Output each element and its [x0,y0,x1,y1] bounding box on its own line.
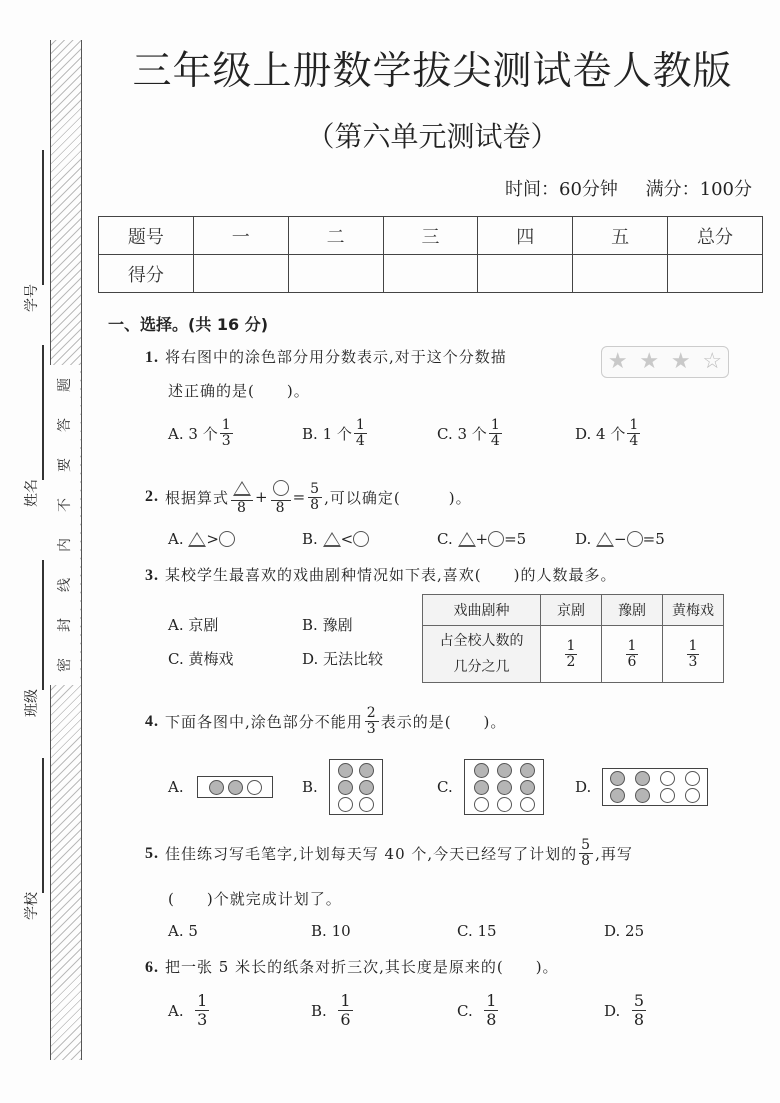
cell-part-2: 二 [288,217,383,255]
cell-score-label: 得分 [99,255,194,293]
q3-option-a[interactable]: A. 京剧 [168,614,218,635]
q3-option-b[interactable]: B. 豫剧 [302,614,353,635]
exam-meta: 时间：60分钟 满分：100分 [483,175,752,201]
seal-text: 题 答 要 不 内 线 封 密 [50,365,80,685]
opera-table: 戏曲剧种 京剧 豫剧 黄梅戏 占全校人数的 几分之几 12 16 13 [422,594,724,683]
score-input-total[interactable] [668,255,763,293]
name-label: 姓名 [23,479,41,507]
triangle-icon [323,532,341,547]
q3-option-c[interactable]: C. 黄梅戏 [168,648,234,669]
question-4: 4. 下面各图中,涂色部分不能用 23 表示的是( )。 [145,706,506,737]
school-label: 学校 [23,892,41,920]
seal-char: 答 [45,418,85,432]
q4-option-d-label[interactable]: D. [575,778,591,796]
question-1: 1.将右图中的涂色部分用分数表示,对于这个分数描 [145,346,507,367]
triangle-icon [233,481,251,496]
score-table: 题号 一 二 三 四 五 总分 得分 [98,216,763,293]
q1-option-d[interactable]: D. 4 个 14 [575,418,642,449]
cell-part-1: 一 [193,217,288,255]
seal-char: 题 [45,378,85,392]
question-3: 3.某校学生最喜欢的戏曲剧种情况如下表,喜欢( )的人数最多。 [145,564,616,585]
page-title: 三年级上册数学拔尖测试卷人教版 [100,40,765,96]
q4-option-a-figure[interactable] [197,776,273,798]
score-table-header-row: 题号 一 二 三 四 五 总分 [99,217,763,255]
score-input-5[interactable] [573,255,668,293]
time-limit: 时间：60分钟 [505,179,618,200]
triangle-icon [188,532,206,547]
q5-option-c[interactable]: C. 15 [457,922,497,940]
q4-option-b-figure[interactable] [329,759,383,815]
circle-icon [273,480,289,496]
student-id-field[interactable]: 学号 [18,150,46,307]
score-input-3[interactable] [383,255,478,293]
circle-icon [219,531,235,547]
q1-option-a[interactable]: A. 3 个 13 [168,418,235,449]
question-5: 5. 佳佳练习写毛笔字,计划每天写 40 个,今天已经写了计划的 58 ,再写 [145,838,633,869]
q5-option-d[interactable]: D. 25 [604,922,644,940]
page-subtitle: （第六单元测试卷） [100,115,765,155]
q1-option-b[interactable]: B. 1 个 14 [302,418,369,449]
seal-char: 密 [45,658,85,672]
seal-char: 内 [45,538,85,552]
q4-option-b-label[interactable]: B. [302,778,318,796]
circle-icon [353,531,369,547]
cell-question-no: 题号 [99,217,194,255]
section-title: 一、选择。(共 16 分) [108,312,268,335]
q2-option-a[interactable]: A. > [168,530,235,548]
cell-part-3: 三 [383,217,478,255]
star-icon-empty: ☆ [702,351,722,373]
question-5-line2: ( )个就完成计划了。 [168,888,342,909]
seal-char: 不 [45,498,85,512]
q6-option-c[interactable]: C. 18 [457,992,500,1029]
full-score: 满分：100分 [646,179,752,200]
q5-option-b[interactable]: B. 10 [311,922,351,940]
cell-part-4: 四 [478,217,573,255]
star-icon-shaded: ★ [671,351,691,373]
seal-char: 线 [45,578,85,592]
star-figure: ★ ★ ★ ☆ [601,346,729,378]
seal-char: 封 [45,618,85,632]
q3-option-d[interactable]: D. 无法比较 [302,648,383,669]
q6-option-d[interactable]: D. 58 [604,992,648,1029]
q4-option-c-label[interactable]: C. [437,778,453,796]
question-2: 2. 根据算式 8 + 8 = 58 ,可以确定( )。 [145,478,472,516]
triangle-icon [458,532,476,547]
class-field[interactable]: 班级 [18,560,46,712]
q6-option-a[interactable]: A. 13 [168,992,211,1029]
q2-option-b[interactable]: B. < [302,530,369,548]
q4-option-c-figure[interactable] [464,759,544,815]
score-input-4[interactable] [478,255,573,293]
q4-option-d-figure[interactable] [602,768,708,806]
question-1-line2: 述正确的是( )。 [168,380,310,401]
q6-option-b[interactable]: B. 16 [311,992,355,1029]
circle-icon [488,531,504,547]
cell-part-5: 五 [573,217,668,255]
q2-option-c[interactable]: C. +=5 [437,530,526,548]
student-id-label: 学号 [23,284,41,312]
score-input-1[interactable] [193,255,288,293]
school-field[interactable]: 学校 [18,758,46,915]
name-field[interactable]: 姓名 [18,345,46,502]
star-icon-shaded: ★ [608,351,628,373]
cell-total: 总分 [668,217,763,255]
class-label: 班级 [23,689,41,717]
binding-margin: 题 答 要 不 内 线 封 密 学号 姓名 班级 学校 [0,0,90,1103]
circle-icon [627,531,643,547]
score-input-2[interactable] [288,255,383,293]
q2-option-d[interactable]: D. −=5 [575,530,665,548]
question-6: 6.把一张 5 米长的纸条对折三次,其长度是原来的( )。 [145,956,559,977]
q5-option-a[interactable]: A. 5 [168,922,198,940]
q1-option-c[interactable]: C. 3 个 14 [437,418,504,449]
triangle-icon [596,532,614,547]
star-icon-shaded: ★ [639,351,659,373]
seal-char: 要 [45,458,85,472]
score-table-score-row: 得分 [99,255,763,293]
q4-option-a-label[interactable]: A. [168,778,184,796]
